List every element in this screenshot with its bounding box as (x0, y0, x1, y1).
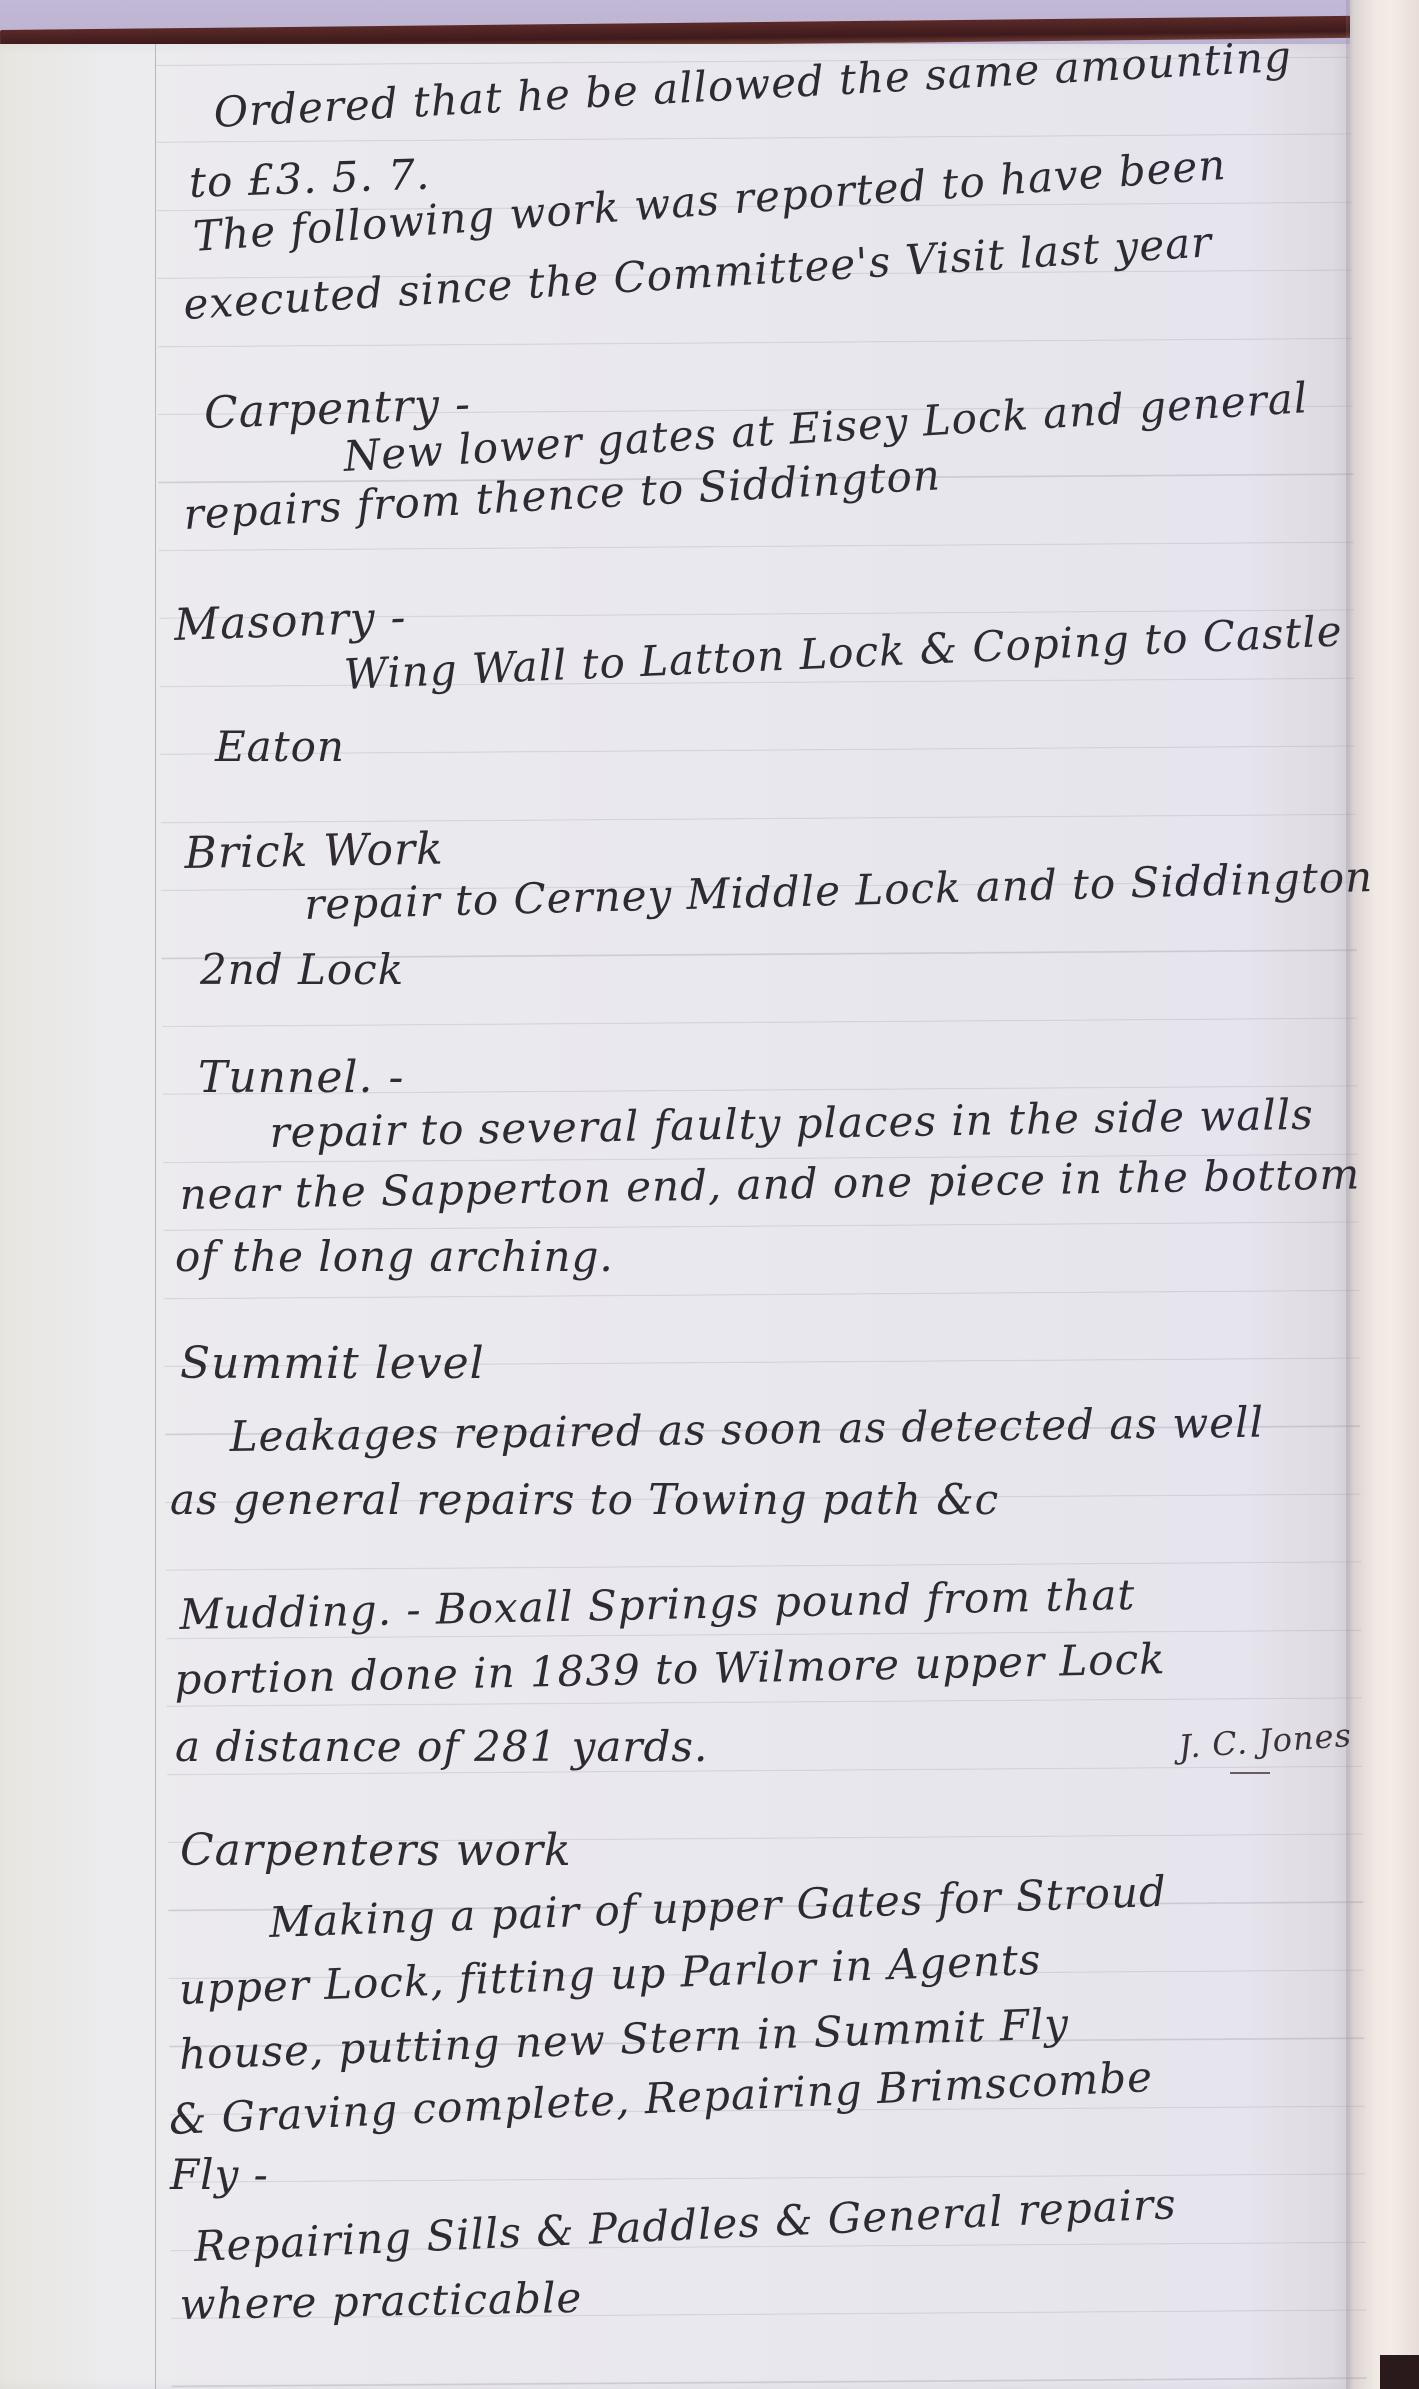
text-line: a distance of 281 yards. (175, 1722, 708, 1771)
text-line: Eaton (215, 722, 345, 771)
section-heading-carpenters-work: Carpenters work (180, 1825, 572, 1876)
text-line: near the Sapperton end, and one piece in… (179, 1149, 1361, 1219)
signature-underline (1230, 1772, 1270, 1774)
text-line: upper Lock, fitting up Parlor in Agents (178, 1935, 1042, 2014)
text-line: repair to Cerney Middle Lock and to Sidd… (304, 852, 1374, 929)
text-line: Leakages repaired as soon as detected as… (229, 1398, 1264, 1461)
text-line: Wing Wall to Latton Lock & Coping to Cas… (343, 606, 1344, 699)
section-heading-tunnel: Tunnel. - (198, 1052, 404, 1103)
text-line: Fly - (170, 2150, 269, 2199)
section-heading-brick-work: Brick Work (184, 823, 444, 879)
section-heading-masonry: Masonry - (173, 592, 407, 651)
text-line: where practicable (179, 2273, 583, 2329)
text-line: of the long arching. (175, 1232, 614, 1281)
page-content: Ordered that he be allowed the same amou… (0, 0, 1419, 2389)
text-line: Ordered that he be allowed the same amou… (212, 32, 1293, 137)
text-line: Repairing Sills & Paddles & General repa… (193, 2179, 1178, 2271)
text-line: portion done in 1839 to Wilmore upper Lo… (174, 1634, 1166, 1704)
text-line: 2nd Lock (200, 945, 404, 994)
text-line: repair to several faulty places in the s… (269, 1090, 1314, 1157)
signature: J. C. Jones (1177, 1716, 1353, 1766)
section-heading-summit-level: Summit level (180, 1338, 485, 1389)
text-line: Mudding. - Boxall Springs pound from tha… (179, 1570, 1136, 1639)
text-line: as general repairs to Towing path &c (170, 1475, 999, 1524)
